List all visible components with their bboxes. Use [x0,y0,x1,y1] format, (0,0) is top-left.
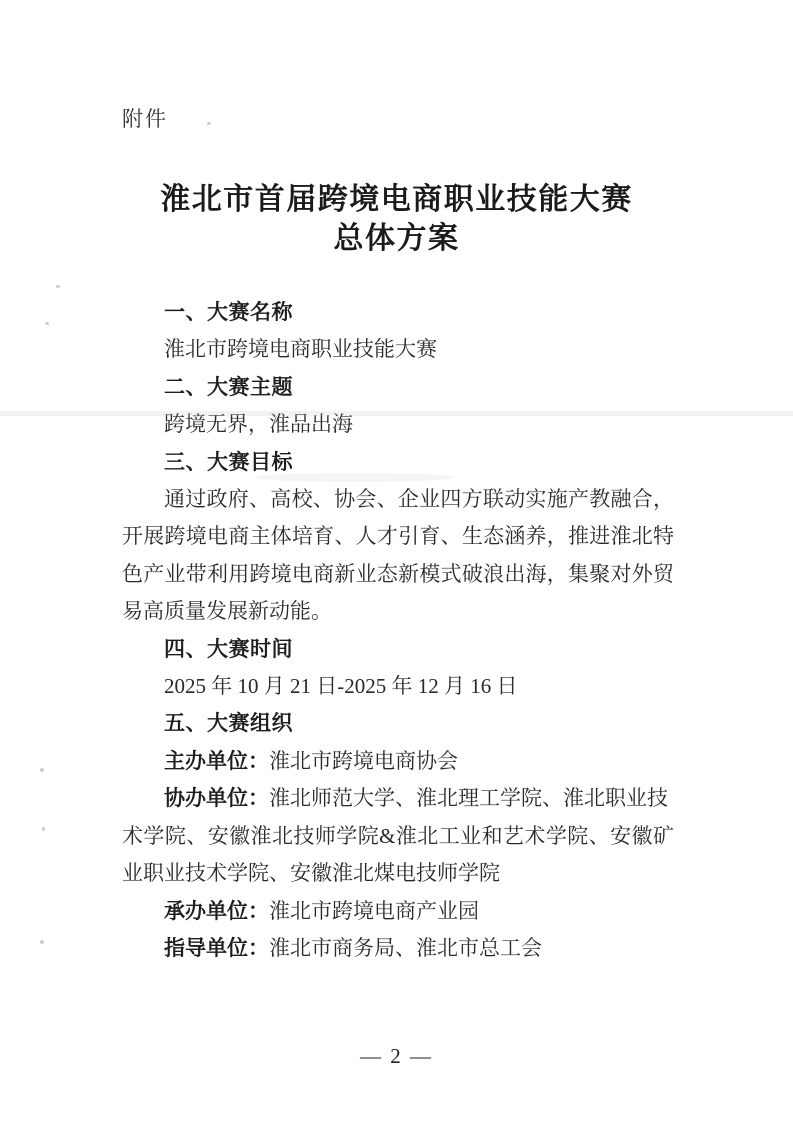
co-organizer-label: 协办单位： [164,787,269,810]
contest-time-text: 2025 年 10 月 21 日-2025 年 12 月 16 日 [122,668,674,705]
scanned-document-page: 附件 淮北市首届跨境电商职业技能大赛 总体方案 一、大赛名称 淮北市跨境电商职业… [0,0,793,1121]
scan-artifact-speck [56,285,60,288]
document-body: 一、大赛名称 淮北市跨境电商职业技能大赛 二、大赛主题 跨境无界，淮品出海 三、… [122,294,674,967]
contest-name-text: 淮北市跨境电商职业技能大赛 [122,331,674,368]
organizer-line: 主办单位：淮北市跨境电商协会 [122,743,674,780]
document-title-line-1: 淮北市首届跨境电商职业技能大赛 [0,180,793,219]
page-number: — 2 — [0,1044,793,1069]
co-organizer-text: 淮北师范大学、淮北理工学院、淮北职业技 [269,786,668,810]
scan-artifact-band [0,411,793,416]
co-organizer-line-3: 业职业技术学院、安徽淮北煤电技师学院 [122,855,674,892]
contest-goal-line-2: 开展跨境电商主体培育、人才引育、生态涵养，推进淮北特 [122,518,674,555]
undertaker-label: 承办单位： [164,900,269,923]
document-title-line-2: 总体方案 [0,219,793,258]
undertaker-line: 承办单位：淮北市跨境电商产业园 [122,893,674,930]
scan-artifact-speck [40,768,44,772]
scan-artifact-smudge [255,473,455,482]
heading-contest-time: 四、大赛时间 [122,631,674,668]
heading-contest-organization: 五、大赛组织 [122,705,674,742]
guidance-text: 淮北市商务局、淮北市总工会 [269,936,542,960]
organizer-label: 主办单位： [164,750,269,773]
guidance-line: 指导单位：淮北市商务局、淮北市总工会 [122,930,674,967]
guidance-label: 指导单位： [164,937,269,960]
heading-contest-theme: 二、大赛主题 [122,369,674,406]
heading-contest-name: 一、大赛名称 [122,294,674,331]
scan-artifact-speck [45,322,49,325]
co-organizer-line-1: 协办单位：淮北师范大学、淮北理工学院、淮北职业技 [122,780,674,817]
scan-artifact-speck [207,122,211,125]
scan-artifact-speck [42,827,45,831]
organizer-text: 淮北市跨境电商协会 [269,749,458,773]
co-organizer-line-2: 术学院、安徽淮北技师学院&淮北工业和艺术学院、安徽矿 [122,818,674,855]
document-title: 淮北市首届跨境电商职业技能大赛 总体方案 [0,180,793,258]
contest-goal-line-4: 易高质量发展新动能。 [122,593,674,630]
attachment-label: 附件 [122,107,168,133]
scan-artifact-speck [40,940,44,944]
contest-goal-line-3: 色产业带利用跨境电商新业态新模式破浪出海，集聚对外贸 [122,556,674,593]
contest-goal-line-1: 通过政府、高校、协会、企业四方联动实施产教融合， [122,481,674,518]
undertaker-text: 淮北市跨境电商产业园 [269,899,479,923]
